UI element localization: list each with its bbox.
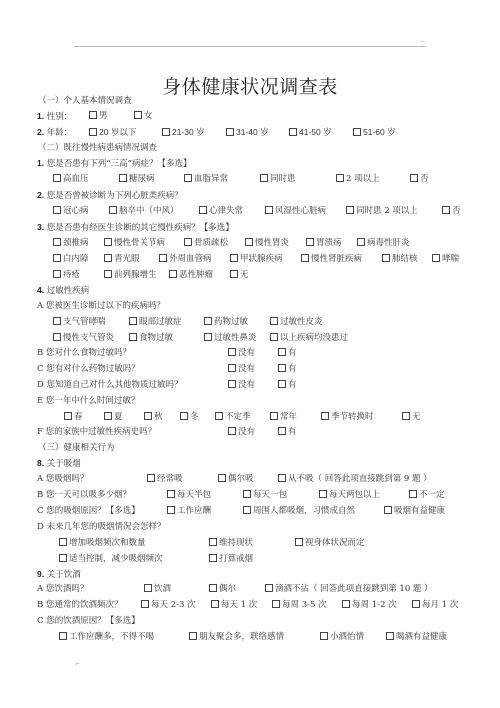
option[interactable]: 同时患 2 项以上: [346, 205, 418, 217]
checkbox[interactable]: [53, 174, 61, 182]
checkbox[interactable]: [53, 206, 61, 214]
checkbox[interactable]: [209, 554, 217, 562]
question-s2-4f: F 您的家族中过敏性疾病史吗？: [37, 426, 156, 438]
option[interactable]: 哮喘: [432, 253, 459, 265]
option-no[interactable]: 没有: [228, 363, 255, 375]
checkbox[interactable]: [134, 111, 142, 119]
checkbox[interactable]: [141, 600, 149, 608]
option[interactable]: 慢性骨关节病: [104, 237, 165, 249]
option-no[interactable]: 没有: [228, 379, 255, 391]
checkbox[interactable]: [218, 474, 226, 482]
option[interactable]: 不一定: [409, 489, 445, 501]
checkbox[interactable]: [162, 128, 170, 136]
checkbox[interactable]: [409, 490, 417, 498]
checkbox[interactable]: [270, 317, 278, 325]
checkbox[interactable]: [442, 206, 450, 214]
option[interactable]: 高血压: [53, 173, 89, 185]
checkbox[interactable]: [211, 600, 219, 608]
option[interactable]: 冬: [180, 411, 199, 423]
checkbox[interactable]: [147, 474, 155, 482]
checkbox[interactable]: [226, 128, 234, 136]
question-drinking-b: B 您通常的饮酒频次？: [37, 599, 122, 611]
checkbox[interactable]: [353, 128, 361, 136]
question-gender: 1. 性别：: [37, 110, 72, 123]
option[interactable]: 心律失常: [199, 205, 243, 217]
question-s2-4: 4. 过敏性疾病: [37, 284, 89, 297]
checkbox[interactable]: [59, 538, 67, 546]
option[interactable]: 每月 1 次: [412, 599, 458, 611]
option[interactable]: 从不吸（ 回答此项直接跳到第 9 题 ）: [278, 473, 432, 485]
checkbox[interactable]: [265, 584, 273, 592]
option[interactable]: 夏: [104, 411, 123, 423]
section-heading-1: （一）个人基本情况调查: [38, 95, 132, 107]
option[interactable]: 经常吸: [147, 473, 183, 485]
option[interactable]: 无: [402, 411, 421, 423]
option[interactable]: 工作应酬多，不得不喝: [59, 631, 154, 643]
checkbox[interactable]: [346, 206, 354, 214]
checkbox[interactable]: [180, 412, 188, 420]
checkbox[interactable]: [53, 333, 61, 341]
question-smoking-a: A 您吸烟吗？: [37, 473, 88, 485]
option-male[interactable]: 男: [89, 110, 108, 122]
option-no[interactable]: 没有: [228, 426, 255, 438]
checkbox[interactable]: [402, 412, 410, 420]
checkbox[interactable]: [228, 348, 236, 356]
checkbox[interactable]: [319, 490, 327, 498]
checkbox[interactable]: [204, 333, 212, 341]
checkbox[interactable]: [270, 412, 278, 420]
option[interactable]: 春: [64, 411, 83, 423]
option[interactable]: 过敏性皮炎: [270, 316, 323, 328]
question-s2-4a: A 您被医生诊断过以下的疾病吗？: [37, 300, 165, 312]
checkbox[interactable]: [104, 270, 112, 278]
option[interactable]: 秋: [144, 411, 163, 423]
option[interactable]: 朋友聚会多，联络感情: [189, 631, 284, 643]
checkbox[interactable]: [109, 206, 117, 214]
option[interactable]: 眼部过敏症: [129, 316, 182, 328]
checkbox[interactable]: [89, 111, 97, 119]
option[interactable]: 季节转换时: [321, 411, 374, 423]
option[interactable]: 肺结核: [382, 253, 418, 265]
checkbox[interactable]: [301, 254, 309, 262]
option[interactable]: 慢性胃炎: [245, 237, 289, 249]
checkbox[interactable]: [129, 333, 137, 341]
option[interactable]: 甲状腺疾病: [230, 253, 283, 265]
checkbox[interactable]: [159, 254, 167, 262]
option[interactable]: 糖尿病: [119, 173, 155, 185]
checkbox[interactable]: [272, 600, 280, 608]
option[interactable]: 前列腺增生: [104, 269, 157, 281]
checkbox[interactable]: [278, 348, 286, 356]
question-drinking: 9. 关于饮酒: [37, 568, 81, 581]
question-s2-4e: E 您一年中什么时间过敏？: [37, 395, 139, 407]
checkbox[interactable]: [289, 128, 297, 136]
option[interactable]: 小酒怡情: [320, 631, 364, 643]
checkbox[interactable]: [104, 238, 112, 246]
checkbox[interactable]: [386, 632, 394, 640]
checkbox[interactable]: [260, 174, 268, 182]
checkbox[interactable]: [104, 254, 112, 262]
header-mark: ⌐: [421, 39, 425, 45]
question-s2-1: 1. 您是否患有下列“三高”病症？【多选】: [37, 157, 192, 170]
checkbox[interactable]: [278, 427, 286, 435]
section-heading-2: （二）既往慢性病患病情况调查: [38, 142, 157, 154]
option-yes[interactable]: 有: [278, 347, 297, 359]
checkbox[interactable]: [357, 238, 365, 246]
option[interactable]: 每周 1-2 次: [342, 599, 397, 611]
option[interactable]: 维持现状: [209, 537, 253, 549]
checkbox[interactable]: [215, 412, 223, 420]
checkbox[interactable]: [342, 600, 350, 608]
checkbox[interactable]: [53, 238, 61, 246]
option-yes[interactable]: 有: [278, 363, 297, 375]
question-smoking: 8. 关于吸烟: [37, 457, 81, 470]
checkbox[interactable]: [53, 317, 61, 325]
checkbox[interactable]: [228, 364, 236, 372]
option-yes[interactable]: 有: [278, 379, 297, 391]
question-s2-4c: C 您有对什么药物过敏吗？: [37, 363, 140, 375]
option[interactable]: 每天一包: [243, 489, 287, 501]
checkbox[interactable]: [245, 238, 253, 246]
option[interactable]: 不定季: [215, 411, 251, 423]
option[interactable]: 胃溃疡: [306, 237, 342, 249]
option-age-1[interactable]: 20 岁以下: [89, 126, 136, 138]
option[interactable]: 恶性肿瘤: [169, 269, 213, 281]
checkbox[interactable]: [384, 506, 392, 514]
option-yes[interactable]: 有: [278, 426, 297, 438]
option[interactable]: 慢性肾脏疾病: [301, 253, 362, 265]
checkbox[interactable]: [53, 254, 61, 262]
checkbox[interactable]: [228, 427, 236, 435]
option[interactable]: 支气管哮喘: [53, 316, 106, 328]
checkbox[interactable]: [270, 333, 278, 341]
checkbox[interactable]: [243, 490, 251, 498]
option[interactable]: 白内障: [53, 253, 89, 265]
option[interactable]: 食物过敏: [129, 332, 173, 344]
option[interactable]: 以上疾病均没患过: [270, 332, 348, 344]
checkbox[interactable]: [129, 317, 137, 325]
checkbox[interactable]: [320, 632, 328, 640]
option[interactable]: 颈椎病: [53, 237, 89, 249]
checkbox[interactable]: [410, 174, 418, 182]
checkbox[interactable]: [104, 412, 112, 420]
option[interactable]: 同时患: [260, 173, 296, 185]
option[interactable]: 饮酒: [144, 583, 171, 595]
option[interactable]: 偶尔吸: [218, 473, 254, 485]
section-heading-3: （三）健康相关行为: [38, 442, 115, 454]
checkbox[interactable]: [144, 412, 152, 420]
checkbox[interactable]: [53, 270, 61, 278]
checkbox[interactable]: [295, 538, 303, 546]
option[interactable]: 过敏性鼻炎: [204, 332, 257, 344]
footer-mark: ⌐: [75, 661, 80, 668]
option[interactable]: 痔疮: [53, 269, 80, 281]
checkbox[interactable]: [209, 538, 217, 546]
checkbox[interactable]: [64, 412, 72, 420]
checkbox[interactable]: [321, 412, 329, 420]
option[interactable]: 吸烟有益健康: [384, 505, 445, 517]
question-smoking-c: C 您的吸烟原因？【多选】: [37, 505, 140, 517]
checkbox[interactable]: [144, 584, 152, 592]
checkbox[interactable]: [432, 254, 440, 262]
option[interactable]: 每天 1 次: [211, 599, 257, 611]
option-age-5[interactable]: 51-60 岁: [353, 126, 396, 138]
checkbox[interactable]: [184, 238, 192, 246]
checkbox[interactable]: [89, 128, 97, 136]
option-no[interactable]: 没有: [228, 347, 255, 359]
checkbox[interactable]: [228, 380, 236, 388]
question-smoking-b: B 您一天可以吸多少烟？: [37, 489, 131, 501]
option-age-2[interactable]: 21-30 岁: [162, 126, 205, 138]
checkbox[interactable]: [199, 206, 207, 214]
option[interactable]: 周围人都吸烟，习惯成自然: [243, 505, 355, 517]
option[interactable]: 喝酒有益健康: [386, 631, 447, 643]
option[interactable]: 视身体状况而定: [295, 537, 365, 549]
checkbox[interactable]: [336, 174, 344, 182]
option[interactable]: 每天半包: [167, 489, 211, 501]
question-s2-3: 3. 您是否患有经医生诊断的其它慢性疾病？【多选】: [37, 221, 234, 234]
checkbox[interactable]: [278, 364, 286, 372]
question-drinking-c: C 您的饮酒原因？【多选】: [37, 615, 140, 627]
checkbox[interactable]: [265, 206, 273, 214]
question-smoking-d: D 未来几年您的吸烟情况会怎样？: [37, 521, 166, 533]
option[interactable]: 否: [410, 173, 429, 185]
option[interactable]: 每天 2-3 次: [141, 599, 196, 611]
checkbox[interactable]: [306, 238, 314, 246]
option[interactable]: 常年: [270, 411, 297, 423]
option-age-4[interactable]: 41-50 岁: [289, 126, 332, 138]
checkbox[interactable]: [209, 584, 217, 592]
option[interactable]: 2 项以上: [336, 173, 380, 185]
option[interactable]: 冠心病: [53, 205, 89, 217]
question-age: 2. 年龄：: [37, 126, 72, 139]
option[interactable]: 打算戒烟: [209, 553, 253, 565]
option[interactable]: 药物过敏: [204, 316, 248, 328]
option[interactable]: 滴酒不沾（ 回答此项直接跳到第 10 题 ）: [265, 583, 433, 595]
checkbox[interactable]: [169, 270, 177, 278]
checkbox[interactable]: [278, 380, 286, 388]
option[interactable]: 骨质疏松: [184, 237, 228, 249]
question-s2-4d: D 您知道自己对什么其他物质过敏吗？: [37, 379, 183, 391]
option[interactable]: 偶尔: [209, 583, 236, 595]
checkbox[interactable]: [184, 174, 192, 182]
checkbox[interactable]: [278, 474, 286, 482]
option[interactable]: 病毒性肝炎: [357, 237, 410, 249]
checkbox[interactable]: [230, 270, 238, 278]
question-s2-4b: B 您对什么食物过敏吗？: [37, 347, 131, 359]
option[interactable]: 工作应酬: [167, 505, 211, 517]
checkbox[interactable]: [119, 174, 127, 182]
checkbox[interactable]: [230, 254, 238, 262]
option[interactable]: 适当控制，减少吸烟频次: [59, 553, 163, 565]
checkbox[interactable]: [59, 554, 67, 562]
option[interactable]: 无: [230, 269, 249, 281]
checkbox[interactable]: [189, 632, 197, 640]
option[interactable]: 每周 3-5 次: [272, 599, 327, 611]
header-rule: [74, 46, 426, 47]
option[interactable]: 慢性支气管炎: [53, 332, 114, 344]
option[interactable]: 血脂异常: [184, 173, 228, 185]
option[interactable]: 青光眼: [104, 253, 140, 265]
checkbox[interactable]: [59, 632, 67, 640]
checkbox[interactable]: [243, 506, 251, 514]
option[interactable]: 否: [442, 205, 461, 217]
option[interactable]: 增加吸烟频次和数量: [59, 537, 146, 549]
checkbox[interactable]: [382, 254, 390, 262]
question-drinking-a: A 您饮酒吗？: [37, 583, 88, 595]
checkbox[interactable]: [167, 506, 175, 514]
option[interactable]: 每天两包以上: [319, 489, 380, 501]
checkbox[interactable]: [204, 317, 212, 325]
option[interactable]: 风湿性心脏病: [265, 205, 326, 217]
option[interactable]: 外周血管病: [159, 253, 212, 265]
option-female[interactable]: 女: [134, 110, 153, 122]
option[interactable]: 脑卒中（中风）: [109, 205, 179, 217]
checkbox[interactable]: [412, 600, 420, 608]
question-s2-2: 2. 您是否曾被诊断为下列心脏类疾病？: [37, 189, 183, 202]
checkbox[interactable]: [167, 490, 175, 498]
option-age-3[interactable]: 31-40 岁: [226, 126, 269, 138]
